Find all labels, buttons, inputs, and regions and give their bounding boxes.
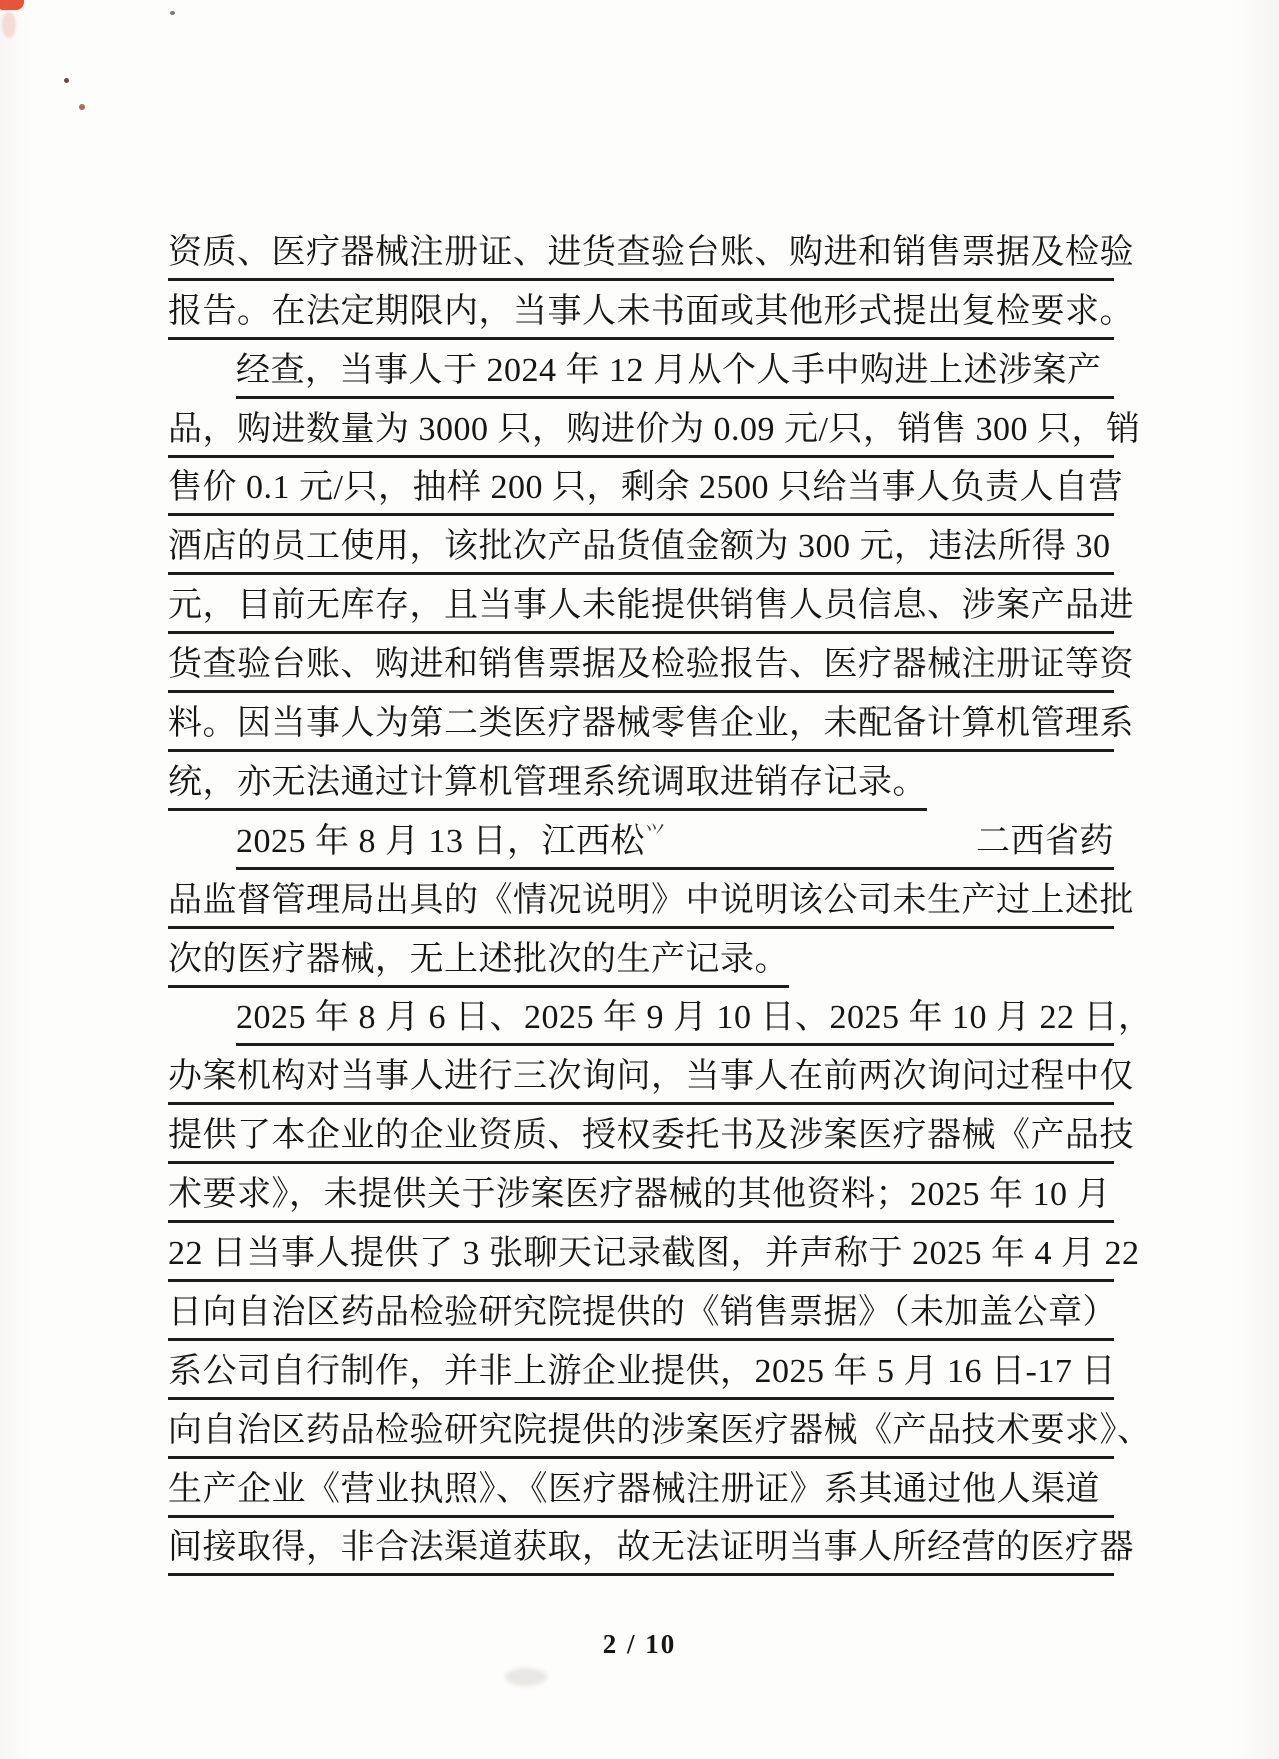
line-left-text: 2025 年 8 月 13 日，江西松⺍ <box>236 813 666 862</box>
text-line: 品监督管理局出具的《情况说明》中说明该公司未生产过上述批 <box>168 870 1114 929</box>
text-line: 2025 年 8 月 6 日、2025 年 9 月 10 日、2025 年 10… <box>168 988 1114 1047</box>
scanned-page: 资质、医疗器械注册证、进货查验台账、购进和销售票据及检验报告。在法定期限内，当事… <box>0 0 1279 1759</box>
underlined-text: 22 日当事人提供了 3 张聊天记录截图，并声称于 2025 年 4 月 22 <box>168 1225 1114 1282</box>
underlined-text: 资质、医疗器械注册证、进货查验台账、购进和销售票据及检验 <box>168 224 1114 281</box>
red-ink-smear-artifact <box>2 12 16 38</box>
underlined-text: 术要求》，未提供关于涉案医疗器械的其他资料；2025 年 10 月 <box>168 1166 1114 1223</box>
brown-dot-artifact <box>64 78 69 83</box>
text-line: 货查验台账、购进和销售票据及检验报告、医疗器械注册证等资 <box>168 634 1114 693</box>
text-line: 间接取得，非合法渠道获取，故无法证明当事人所经营的医疗器 <box>168 1518 1114 1577</box>
gray-smudge-artifact <box>505 1668 547 1686</box>
underlined-text: 品，购进数量为 3000 只，购进价为 0.09 元/只，销售 300 只，销 <box>168 401 1114 458</box>
text-line: 售价 0.1 元/只，抽样 200 只，剩余 2500 只给当事人负责人自营 <box>168 458 1114 517</box>
underlined-text: 报告。在法定期限内，当事人未书面或其他形式提出复检要求。 <box>168 283 1114 340</box>
underlined-text: 系公司自行制作，并非上游企业提供，2025 年 5 月 16 日-17 日 <box>168 1343 1114 1400</box>
underlined-text: 次的医疗器械，无上述批次的生产记录。 <box>168 931 789 988</box>
underlined-text: 货查验台账、购进和销售票据及检验报告、医疗器械注册证等资 <box>168 636 1114 693</box>
text-line: 元，目前无库存，且当事人未能提供销售人员信息、涉案产品进 <box>168 575 1114 634</box>
underlined-text: 办案机构对当事人进行三次询问，当事人在前两次询问过程中仅 <box>168 1048 1114 1105</box>
text-line: 报告。在法定期限内，当事人未书面或其他形式提出复检要求。 <box>168 281 1114 340</box>
text-line: 统，亦无法通过计算机管理系统调取进销存记录。 <box>168 752 1114 811</box>
underlined-text: 生产企业《营业执照》、《医疗器械注册证》系其通过他人渠道 <box>168 1461 1114 1518</box>
partial-redacted-glyph: ⺍ <box>645 823 666 845</box>
dark-speck-artifact <box>170 11 175 15</box>
red-ink-corner-artifact <box>0 0 24 10</box>
underlined-text: 2025 年 8 月 13 日，江西松⺍二西省药 <box>236 813 1114 870</box>
document-body: 资质、医疗器械注册证、进货查验台账、购进和销售票据及检验报告。在法定期限内，当事… <box>168 222 1114 1576</box>
text-line: 提供了本企业的企业资质、授权委托书及涉案医疗器械《产品技 <box>168 1105 1114 1164</box>
underlined-text: 经查，当事人于 2024 年 12 月从个人手中购进上述涉案产 <box>236 342 1114 399</box>
underlined-text: 酒店的员工使用，该批次产品货值金额为 300 元，违法所得 30 <box>168 518 1114 575</box>
underlined-text: 元，目前无库存，且当事人未能提供销售人员信息、涉案产品进 <box>168 577 1114 634</box>
text-line: 日向自治区药品检验研究院提供的《销售票据》（未加盖公章） <box>168 1282 1114 1341</box>
text-line: 生产企业《营业执照》、《医疗器械注册证》系其通过他人渠道 <box>168 1459 1114 1518</box>
text-line: 酒店的员工使用，该批次产品货值金额为 300 元，违法所得 30 <box>168 516 1114 575</box>
text-line: 2025 年 8 月 13 日，江西松⺍二西省药 <box>168 811 1114 870</box>
underlined-text: 间接取得，非合法渠道获取，故无法证明当事人所经营的医疗器 <box>168 1519 1114 1576</box>
text-line: 22 日当事人提供了 3 张聊天记录截图，并声称于 2025 年 4 月 22 <box>168 1223 1114 1282</box>
underlined-text: 品监督管理局出具的《情况说明》中说明该公司未生产过上述批 <box>168 872 1114 929</box>
underlined-text: 2025 年 8 月 6 日、2025 年 9 月 10 日、2025 年 10… <box>236 989 1114 1046</box>
text-line: 办案机构对当事人进行三次询问，当事人在前两次询问过程中仅 <box>168 1046 1114 1105</box>
text-line: 料。因当事人为第二类医疗器械零售企业，未配备计算机管理系 <box>168 693 1114 752</box>
underlined-text: 料。因当事人为第二类医疗器械零售企业，未配备计算机管理系 <box>168 695 1114 752</box>
text-line: 次的医疗器械，无上述批次的生产记录。 <box>168 929 1114 988</box>
text-line: 术要求》，未提供关于涉案医疗器械的其他资料；2025 年 10 月 <box>168 1164 1114 1223</box>
text-line: 系公司自行制作，并非上游企业提供，2025 年 5 月 16 日-17 日 <box>168 1341 1114 1400</box>
underlined-text: 统，亦无法通过计算机管理系统调取进销存记录。 <box>168 754 927 811</box>
underlined-text: 向自治区药品检验研究院提供的涉案医疗器械《产品技术要求》、 <box>168 1402 1114 1459</box>
page-number: 2 / 10 <box>0 1629 1279 1660</box>
text-line: 品，购进数量为 3000 只，购进价为 0.09 元/只，销售 300 只，销 <box>168 399 1114 458</box>
text-line: 经查，当事人于 2024 年 12 月从个人手中购进上述涉案产 <box>168 340 1114 399</box>
underlined-text: 售价 0.1 元/只，抽样 200 只，剩余 2500 只给当事人负责人自营 <box>168 459 1114 516</box>
text-line: 向自治区药品检验研究院提供的涉案医疗器械《产品技术要求》、 <box>168 1400 1114 1459</box>
red-dot-artifact <box>79 104 85 110</box>
text-line: 资质、医疗器械注册证、进货查验台账、购进和销售票据及检验 <box>168 222 1114 281</box>
underlined-text: 日向自治区药品检验研究院提供的《销售票据》（未加盖公章） <box>168 1284 1114 1341</box>
line-right-text: 二西省药 <box>976 813 1114 862</box>
underlined-text: 提供了本企业的企业资质、授权委托书及涉案医疗器械《产品技 <box>168 1107 1114 1164</box>
